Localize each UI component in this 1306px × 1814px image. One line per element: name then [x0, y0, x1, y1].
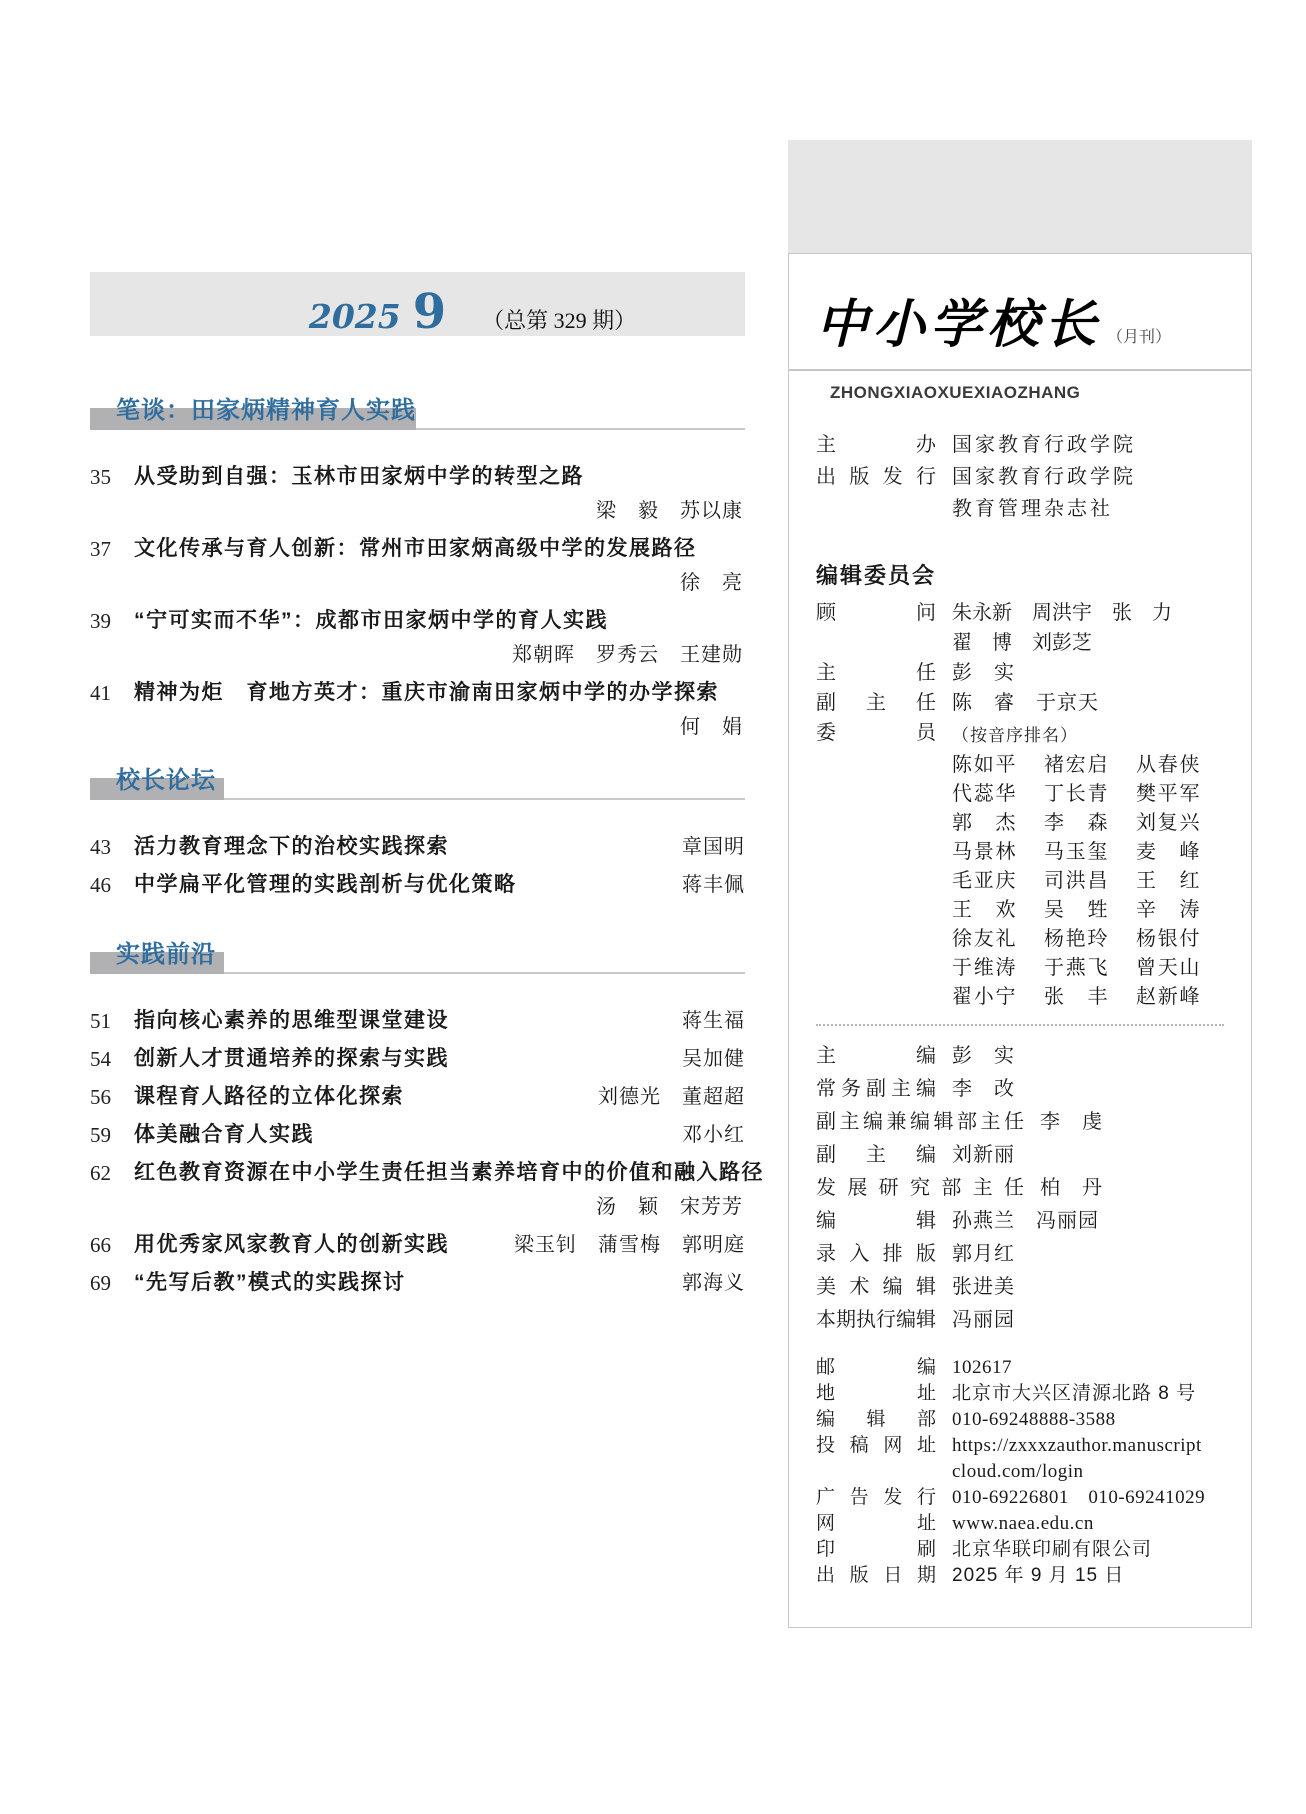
- row-label: 主任: [816, 658, 936, 688]
- article-entry: 39“宁可实而不华”：成都市田家炳中学的育人实践郑朝晖 罗秀云 王建勋: [90, 604, 745, 672]
- toc-column: 2025 9 （总第 329 期） 笔谈：田家炳精神育人实践35从受助到自强：玉…: [90, 272, 745, 1306]
- member-name: 马玉玺: [1044, 838, 1108, 867]
- article-title: 中学扁平化管理的实践剖析与优化策略: [134, 868, 517, 902]
- issue-box: 2025 9 （总第 329 期）: [90, 272, 745, 336]
- member-name: 毛亚庆: [952, 867, 1016, 896]
- section-header: 笔谈：田家炳精神育人实践: [90, 394, 745, 430]
- member-row: 陈如平褚宏启从春侠: [952, 751, 1224, 780]
- article-entry: 54创新人才贯通培养的探索与实践吴加健: [90, 1042, 745, 1076]
- contact-row: 网址www.naea.edu.cn: [816, 1511, 1224, 1537]
- article-page-number: 66: [90, 1228, 134, 1262]
- member-row: 于维涛于燕飞曾天山: [952, 954, 1224, 983]
- issue-total: （总第 329 期）: [482, 304, 636, 335]
- contact-rows: 邮编102617地址北京市大兴区清源北路 8 号编辑部010-69248888-…: [816, 1355, 1224, 1589]
- row-value: 北京华联印刷有限公司: [952, 1537, 1152, 1563]
- row-value: 孙燕兰 冯丽园: [952, 1205, 1099, 1238]
- row-value: 柏 丹: [1040, 1172, 1103, 1205]
- article-title: 指向核心素养的思维型课堂建设: [134, 1004, 449, 1038]
- masthead-rule: [789, 369, 1251, 371]
- issue-number: 9: [413, 284, 446, 340]
- contact-row: 广告发行010-69226801 010-69241029: [816, 1485, 1224, 1511]
- row-label: 主办: [816, 429, 936, 461]
- staff-row: 编辑孙燕兰 冯丽园: [816, 1205, 1224, 1238]
- article-entry: 66用优秀家风家教育人的创新实践梁玉钊 蒲雪梅 郭明庭: [90, 1228, 745, 1262]
- dotted-separator: [816, 1024, 1224, 1026]
- member-row: 代蕊华丁长青樊平军: [952, 780, 1224, 809]
- row-value: 2025 年 9 月 15 日: [952, 1563, 1124, 1589]
- row-label: 发展研究部主任: [816, 1172, 1024, 1205]
- committee-rows: 顾问朱永新 周洪宇 张 力翟 博 刘彭芝主任彭 实副主任陈 睿 于京天委员（按音…: [816, 598, 1224, 751]
- member-name: 李 森: [1044, 809, 1108, 838]
- row-value: 国家教育行政学院: [952, 429, 1136, 461]
- publisher-row: 教育管理杂志社: [816, 493, 1224, 525]
- staff-rows: 主编彭 实常务副主编李 改副主编兼编辑部主任李 虔副主编刘新丽发展研究部主任柏 …: [816, 1040, 1224, 1337]
- article-title: 体美融合育人实践: [134, 1118, 314, 1152]
- section-entries: 43活力教育理念下的治校实践探索章国明46中学扁平化管理的实践剖析与优化策略蒋丰…: [90, 800, 745, 908]
- section-entries: 51指向核心素养的思维型课堂建设蒋生福54创新人才贯通培养的探索与实践吴加健56…: [90, 974, 745, 1306]
- panel-top-gray-block: [788, 140, 1252, 253]
- contact-row: 编辑部010-69248888-3588: [816, 1407, 1224, 1433]
- row-label: 副主编兼编辑部主任: [816, 1106, 1024, 1139]
- row-value: 010-69248888-3588: [952, 1407, 1116, 1433]
- member-name: 辛 涛: [1136, 896, 1200, 925]
- article-entry: 35从受助到自强：玉林市田家炳中学的转型之路梁 毅 苏以康: [90, 460, 745, 528]
- article-row: 54创新人才贯通培养的探索与实践吴加健: [90, 1042, 745, 1076]
- row-value: 陈 睿 于京天: [952, 688, 1099, 718]
- contact-row: 出版日期2025 年 9 月 15 日: [816, 1563, 1224, 1589]
- member-name: 于燕飞: [1044, 954, 1108, 983]
- member-row: 翟小宁张 丰赵新峰: [952, 983, 1224, 1012]
- member-name: 翟小宁: [952, 983, 1016, 1012]
- staff-row: 发展研究部主任柏 丹: [816, 1172, 1224, 1205]
- article-row: 69“先写后教”模式的实践探讨郭海义: [90, 1266, 745, 1300]
- journal-pinyin: ZHONGXIAOXUEXIAOZHANG: [816, 383, 1224, 403]
- row-value: 北京市大兴区清源北路 8 号: [952, 1381, 1196, 1407]
- article-title: 活力教育理念下的治校实践探索: [134, 830, 449, 864]
- article-row: 41精神为炬 育地方英才：重庆市渝南田家炳中学的办学探索: [90, 676, 745, 710]
- member-name: 王 红: [1136, 867, 1200, 896]
- publisher-row: 出版发行国家教育行政学院: [816, 461, 1224, 493]
- committee-row: 副主任陈 睿 于京天: [816, 688, 1224, 718]
- article-title: “宁可实而不华”：成都市田家炳中学的育人实践: [134, 604, 608, 638]
- article-page-number: 43: [90, 830, 134, 864]
- row-label: 本期执行编辑: [816, 1304, 936, 1337]
- value-line: 朱永新 周洪宇 张 力: [952, 598, 1172, 628]
- article-entry: 43活力教育理念下的治校实践探索章国明: [90, 830, 745, 864]
- article-authors: 刘德光 董超超: [582, 1080, 745, 1114]
- contact-row: 地址北京市大兴区清源北路 8 号: [816, 1381, 1224, 1407]
- row-label: 常务副主编: [816, 1073, 936, 1106]
- article-authors: 郭海义: [666, 1266, 745, 1300]
- article-authors: 吴加健: [666, 1042, 745, 1076]
- article-page-number: 56: [90, 1080, 134, 1114]
- article-title: 用优秀家风家教育人的创新实践: [134, 1228, 449, 1262]
- contact-row: 投稿网址https://zxxxzauthor.manuscript cloud…: [816, 1433, 1224, 1485]
- journal-toc-page: 2025 9 （总第 329 期） 笔谈：田家炳精神育人实践35从受助到自强：玉…: [0, 0, 1306, 1814]
- article-page-number: 46: [90, 868, 134, 902]
- value-line: 翟 博 刘彭芝: [952, 628, 1172, 658]
- row-label: 投稿网址: [816, 1433, 936, 1459]
- member-name: 王 欢: [952, 896, 1016, 925]
- member-name: 赵新峰: [1136, 983, 1200, 1012]
- publisher-row: 主办国家教育行政学院: [816, 429, 1224, 461]
- row-label: 录入排版: [816, 1238, 936, 1271]
- row-label: 副主编: [816, 1139, 936, 1172]
- row-label: 主编: [816, 1040, 936, 1073]
- article-title: 红色教育资源在中小学生责任担当素养培育中的价值和融入路径: [134, 1156, 764, 1190]
- toc-sections: 笔谈：田家炳精神育人实践35从受助到自强：玉林市田家炳中学的转型之路梁 毅 苏以…: [90, 394, 745, 1306]
- committee-row: 主任彭 实: [816, 658, 1224, 688]
- member-row: 徐友礼杨艳玲杨银付: [952, 925, 1224, 954]
- staff-row: 副主编兼编辑部主任李 虔: [816, 1106, 1224, 1139]
- article-title: 从受助到自强：玉林市田家炳中学的转型之路: [134, 460, 584, 494]
- article-row: 66用优秀家风家教育人的创新实践梁玉钊 蒲雪梅 郭明庭: [90, 1228, 745, 1262]
- section-header: 实践前沿: [90, 938, 745, 974]
- article-page-number: 59: [90, 1118, 134, 1152]
- section-title: 实践前沿: [116, 934, 216, 969]
- member-name: 杨艳玲: [1044, 925, 1108, 954]
- row-value: 张进美: [952, 1271, 1015, 1304]
- article-page-number: 62: [90, 1156, 134, 1190]
- member-name: 马景林: [952, 838, 1016, 867]
- section-header: 校长论坛: [90, 764, 745, 800]
- member-name: 刘复兴: [1136, 809, 1200, 838]
- article-row: 37文化传承与育人创新：常州市田家炳高级中学的发展路径: [90, 532, 745, 566]
- member-row: 王 欢吴 甡辛 涛: [952, 896, 1224, 925]
- staff-row: 常务副主编李 改: [816, 1073, 1224, 1106]
- row-value: 彭 实: [952, 658, 1015, 688]
- article-page-number: 35: [90, 460, 134, 494]
- row-label: 出版发行: [816, 461, 936, 493]
- member-name: 徐友礼: [952, 925, 1016, 954]
- contact-row: 邮编102617: [816, 1355, 1224, 1381]
- row-label: 广告发行: [816, 1485, 936, 1511]
- member-name: 麦 峰: [1136, 838, 1200, 867]
- journal-frequency: （月刊）: [1107, 329, 1171, 346]
- staff-row: 录入排版郭月红: [816, 1238, 1224, 1271]
- row-value: 102617: [952, 1355, 1012, 1381]
- article-row: 62红色教育资源在中小学生责任担当素养培育中的价值和融入路径: [90, 1156, 745, 1190]
- row-value: 朱永新 周洪宇 张 力翟 博 刘彭芝: [952, 598, 1172, 658]
- member-name: 张 丰: [1044, 983, 1108, 1012]
- member-name: 从春侠: [1136, 751, 1200, 780]
- article-title: 创新人才贯通培养的探索与实践: [134, 1042, 449, 1076]
- article-entry: 56课程育人路径的立体化探索刘德光 董超超: [90, 1080, 745, 1114]
- article-authors: 蒋丰佩: [666, 868, 745, 902]
- member-name: 郭 杰: [952, 809, 1016, 838]
- row-note: （按音序排名）: [952, 718, 1078, 751]
- row-value: 教育管理杂志社: [952, 493, 1113, 525]
- article-authors: 郑朝晖 罗秀云 王建勋: [90, 638, 745, 672]
- section-title: 笔谈：田家炳精神育人实践: [116, 390, 416, 425]
- article-page-number: 41: [90, 676, 134, 710]
- article-authors: 梁玉钊 蒲雪梅 郭明庭: [498, 1228, 745, 1262]
- committee-member-grid: 陈如平褚宏启从春侠代蕊华丁长青樊平军郭 杰李 森刘复兴马景林马玉玺麦 峰毛亚庆司…: [816, 751, 1224, 1012]
- member-name: 樊平军: [1136, 780, 1200, 809]
- row-label: 邮编: [816, 1355, 936, 1381]
- article-title: “先写后教”模式的实践探讨: [134, 1266, 406, 1300]
- row-label: 副主任: [816, 688, 936, 718]
- member-row: 郭 杰李 森刘复兴: [952, 809, 1224, 838]
- member-row: 毛亚庆司洪昌王 红: [952, 867, 1224, 896]
- article-authors: 何 娟: [90, 710, 745, 744]
- article-title: 精神为炬 育地方英才：重庆市渝南田家炳中学的办学探索: [134, 676, 719, 710]
- row-label: 美术编辑: [816, 1271, 936, 1304]
- committee-row: 委员（按音序排名）: [816, 718, 1224, 751]
- article-entry: 62红色教育资源在中小学生责任担当素养培育中的价值和融入路径汤 颖 宋芳芳: [90, 1156, 745, 1224]
- article-row: 56课程育人路径的立体化探索刘德光 董超超: [90, 1080, 745, 1114]
- article-page-number: 69: [90, 1266, 134, 1300]
- member-name: 曾天山: [1136, 954, 1200, 983]
- row-value: 李 虔: [1040, 1106, 1103, 1139]
- article-authors: 章国明: [666, 830, 745, 864]
- committee-heading: 编辑委员会: [816, 559, 1224, 590]
- article-authors: 邓小红: [666, 1118, 745, 1152]
- row-label: 网址: [816, 1511, 936, 1537]
- article-row: 43活力教育理念下的治校实践探索章国明: [90, 830, 745, 864]
- article-entry: 69“先写后教”模式的实践探讨郭海义: [90, 1266, 745, 1300]
- section-entries: 35从受助到自强：玉林市田家炳中学的转型之路梁 毅 苏以康37文化传承与育人创新…: [90, 430, 745, 750]
- article-row: 46中学扁平化管理的实践剖析与优化策略蒋丰佩: [90, 868, 745, 902]
- row-value: 冯丽园: [952, 1304, 1015, 1337]
- article-entry: 59体美融合育人实践邓小红: [90, 1118, 745, 1152]
- contact-row: 印刷北京华联印刷有限公司: [816, 1537, 1224, 1563]
- row-value: 李 改: [952, 1073, 1015, 1106]
- member-name: 司洪昌: [1044, 867, 1108, 896]
- member-name: 杨银付: [1136, 925, 1200, 954]
- journal-title: 中小学校长: [816, 297, 1101, 354]
- publisher-rows: 主办国家教育行政学院出版发行国家教育行政学院教育管理杂志社: [816, 429, 1224, 525]
- row-value: 郭月红: [952, 1238, 1015, 1271]
- row-label: 出版日期: [816, 1563, 936, 1589]
- article-row: 35从受助到自强：玉林市田家炳中学的转型之路: [90, 460, 745, 494]
- article-page-number: 37: [90, 532, 134, 566]
- row-value: www.naea.edu.cn: [952, 1511, 1094, 1537]
- member-name: 丁长青: [1044, 780, 1108, 809]
- row-value: 010-69226801 010-69241029: [952, 1485, 1205, 1511]
- member-name: 于维涛: [952, 954, 1016, 983]
- row-value: https://zxxxzauthor.manuscript cloud.com…: [952, 1433, 1202, 1485]
- article-authors: 徐 亮: [90, 566, 745, 600]
- member-name: 吴 甡: [1044, 896, 1108, 925]
- member-name: 褚宏启: [1044, 751, 1108, 780]
- article-entry: 41精神为炬 育地方英才：重庆市渝南田家炳中学的办学探索何 娟: [90, 676, 745, 744]
- member-name: 陈如平: [952, 751, 1016, 780]
- staff-row: 副主编刘新丽: [816, 1139, 1224, 1172]
- article-page-number: 51: [90, 1004, 134, 1038]
- article-entry: 37文化传承与育人创新：常州市田家炳高级中学的发展路径徐 亮: [90, 532, 745, 600]
- article-authors: 蒋生福: [666, 1004, 745, 1038]
- article-authors: 梁 毅 苏以康: [90, 494, 745, 528]
- row-label: 顾问: [816, 598, 936, 628]
- article-title: 文化传承与育人创新：常州市田家炳高级中学的发展路径: [134, 532, 697, 566]
- journal-panel: 中小学校长（月刊） ZHONGXIAOXUEXIAOZHANG 主办国家教育行政…: [788, 140, 1252, 1628]
- article-page-number: 54: [90, 1042, 134, 1076]
- staff-row: 美术编辑张进美: [816, 1271, 1224, 1304]
- journal-info-box: 中小学校长（月刊） ZHONGXIAOXUEXIAOZHANG 主办国家教育行政…: [788, 253, 1252, 1628]
- article-entry: 46中学扁平化管理的实践剖析与优化策略蒋丰佩: [90, 868, 745, 902]
- article-entry: 51指向核心素养的思维型课堂建设蒋生福: [90, 1004, 745, 1038]
- row-label: 印刷: [816, 1537, 936, 1563]
- article-authors: 汤 颖 宋芳芳: [90, 1190, 745, 1224]
- section-title: 校长论坛: [116, 760, 216, 795]
- staff-row: 本期执行编辑冯丽园: [816, 1304, 1224, 1337]
- member-row: 马景林马玉玺麦 峰: [952, 838, 1224, 867]
- committee-row: 顾问朱永新 周洪宇 张 力翟 博 刘彭芝: [816, 598, 1224, 658]
- article-page-number: 39: [90, 604, 134, 638]
- article-title: 课程育人路径的立体化探索: [134, 1080, 404, 1114]
- member-name: 代蕊华: [952, 780, 1016, 809]
- masthead: 中小学校长（月刊）: [816, 282, 1224, 357]
- row-label: 地址: [816, 1381, 936, 1407]
- issue-year: 2025: [309, 297, 401, 336]
- row-label: 编辑部: [816, 1407, 936, 1433]
- article-row: 39“宁可实而不华”：成都市田家炳中学的育人实践: [90, 604, 745, 638]
- row-label: 编辑: [816, 1205, 936, 1238]
- row-value: 刘新丽: [952, 1139, 1015, 1172]
- article-row: 59体美融合育人实践邓小红: [90, 1118, 745, 1152]
- row-label: 委员: [816, 718, 936, 748]
- article-row: 51指向核心素养的思维型课堂建设蒋生福: [90, 1004, 745, 1038]
- row-value: 彭 实: [952, 1040, 1015, 1073]
- row-value: 国家教育行政学院: [952, 461, 1136, 493]
- staff-row: 主编彭 实: [816, 1040, 1224, 1073]
